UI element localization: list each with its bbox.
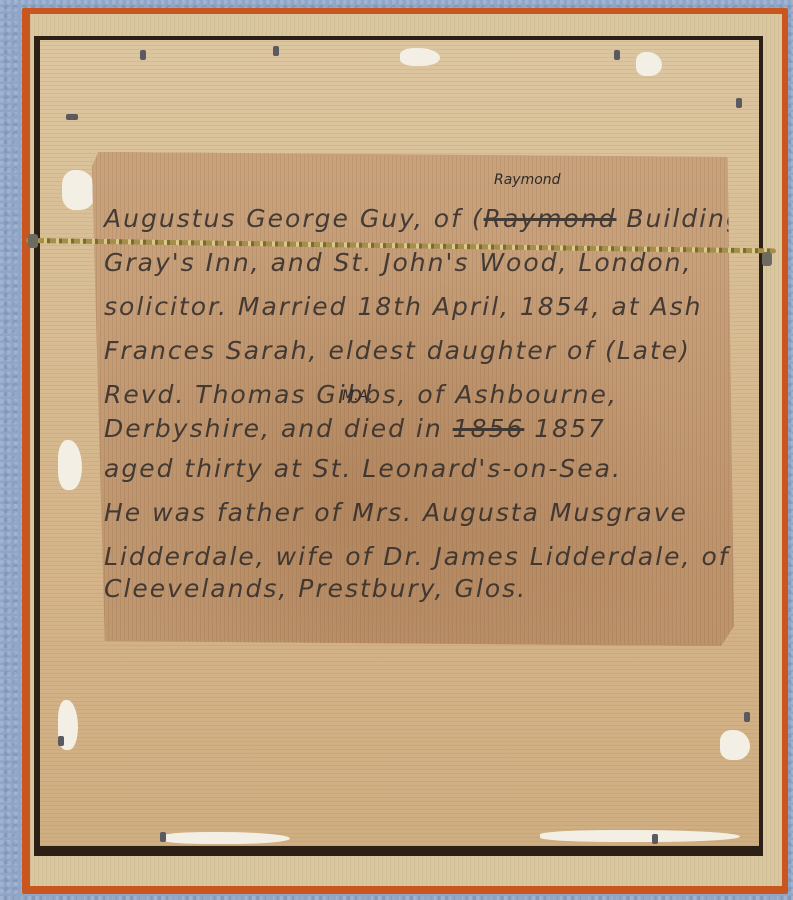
torn-paper <box>62 170 96 210</box>
nail-icon <box>66 114 78 120</box>
label-line-10: Cleevelands, Prestbury, Glos. <box>104 574 527 603</box>
nail-icon <box>160 832 166 842</box>
handwritten-label: Raymond M.A. Augustus George Guy, of (Ra… <box>92 152 734 646</box>
label-line-1: Augustus George Guy, of (Raymond Buildin… <box>104 204 769 233</box>
label-line-3: solicitor. Married 18th April, 1854, at … <box>104 292 702 321</box>
label-line-6: Derbyshire, and died in 1856 1857 <box>104 414 606 443</box>
nail-icon <box>614 50 620 60</box>
torn-paper <box>160 832 290 844</box>
torn-paper <box>636 52 662 76</box>
wire-eyelet-right <box>762 252 772 266</box>
label-line-5: Revd. Thomas Gibbs, of Ashbourne, <box>104 380 618 409</box>
label-line-8: He was father of Mrs. Augusta Musgrave <box>104 498 688 527</box>
nail-icon <box>58 736 64 746</box>
nail-icon <box>140 50 146 60</box>
label-line-2: Gray's Inn, and St. John's Wood, London, <box>104 248 692 277</box>
label-line-9: Lidderdale, wife of Dr. James Lidderdale… <box>104 542 730 571</box>
nail-icon <box>273 46 279 56</box>
torn-paper <box>540 830 740 842</box>
torn-paper <box>720 730 750 760</box>
label-line-7: aged thirty at St. Leonard's-on-Sea. <box>104 454 622 483</box>
torn-paper <box>58 440 82 490</box>
label-line-4: Frances Sarah, eldest daughter of (Late) <box>104 336 691 365</box>
insertion-raymond: Raymond <box>494 172 561 188</box>
nail-icon <box>652 834 658 844</box>
nail-icon <box>744 712 750 722</box>
nail-icon <box>736 98 742 108</box>
wire-eyelet-left <box>28 234 38 248</box>
torn-paper <box>400 48 440 66</box>
